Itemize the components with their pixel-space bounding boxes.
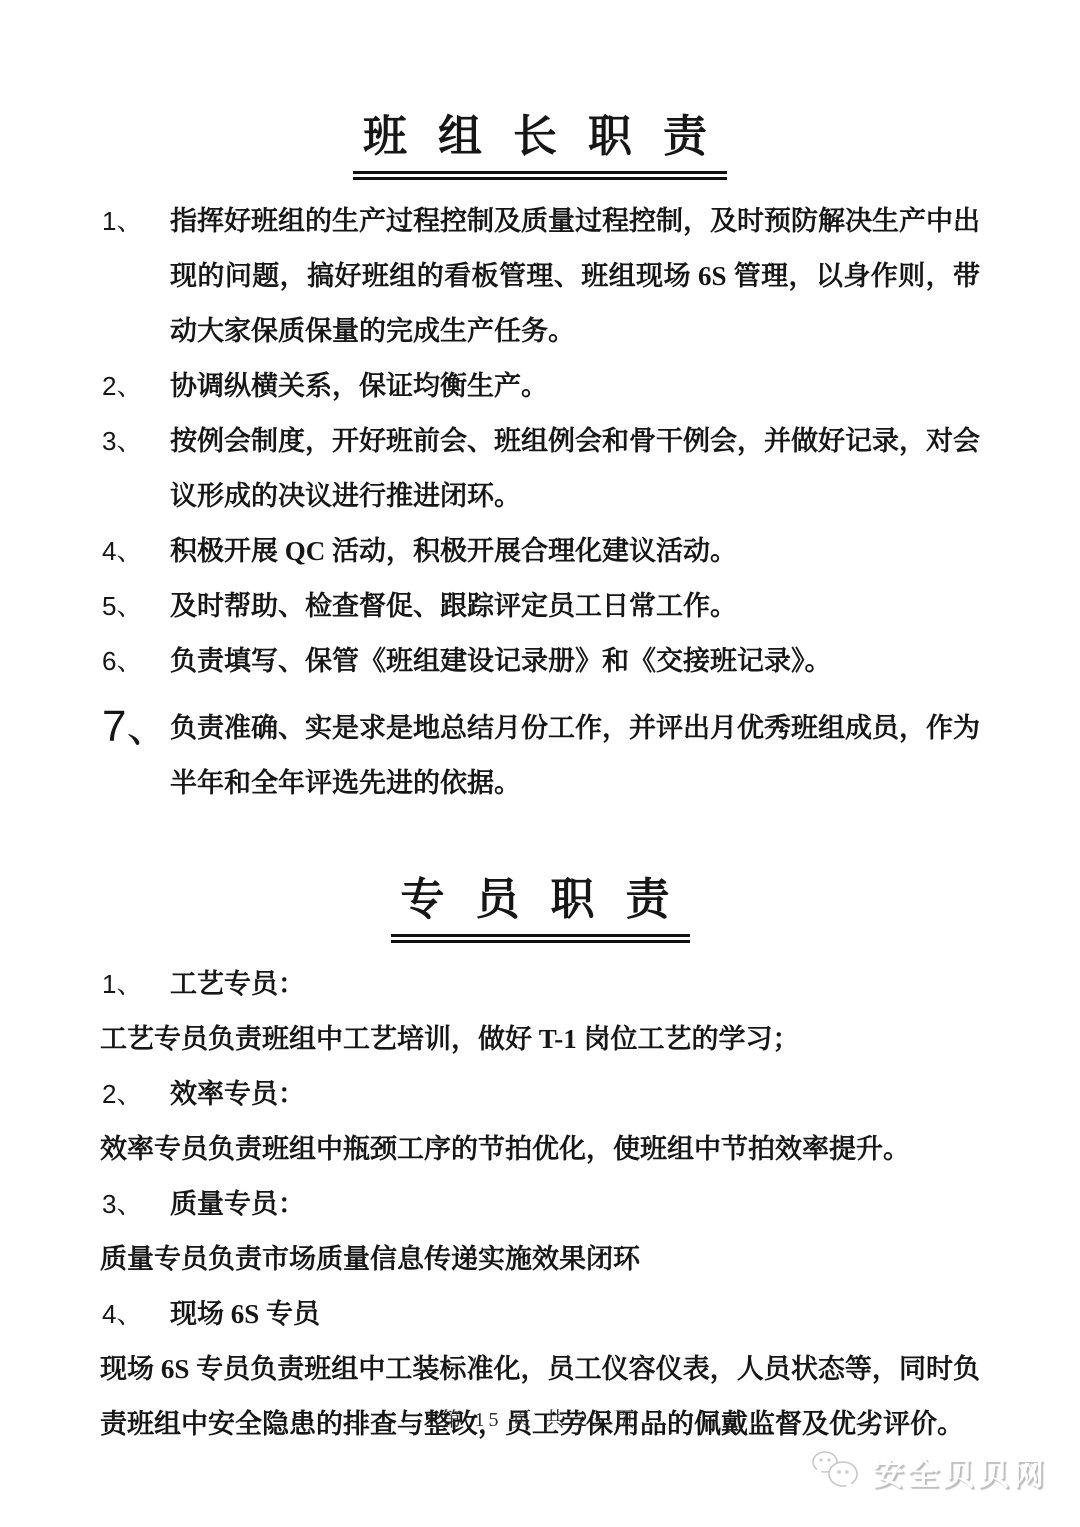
list-item: 3、 质量专员：: [100, 1177, 980, 1232]
list-item: 4、 现场 6S 专员: [100, 1287, 980, 1342]
list-item: 3、 按例会制度，开好班前会、班组例会和骨干例会，并做好记录，对会议形成的决议进…: [100, 414, 980, 524]
list-item: 1、 工艺专员：: [100, 957, 980, 1012]
list-item-text: 负责填写、保管《班组建设记录册》和《交接班记录》。: [170, 646, 832, 676]
list-item-text: 指挥好班组的生产过程控制及质量过程控制，及时预防解决生产中出现的问题，搞好班组的…: [170, 206, 980, 346]
section-title-text: 专 员 职 责: [391, 863, 690, 943]
list-item-number: 1、: [102, 194, 142, 249]
list-item-number: 1、: [102, 957, 142, 1012]
list-item-label: 质量专员：: [170, 1189, 305, 1219]
list-item-number: 7、: [102, 699, 170, 754]
list-item: 2、 协调纵横关系，保证均衡生产。: [100, 359, 980, 414]
list-item: 1、 指挥好班组的生产过程控制及质量过程控制，及时预防解决生产中出现的问题，搞好…: [100, 194, 980, 359]
section-title-text: 班 组 长 职 责: [353, 100, 727, 180]
list-item-number: 3、: [102, 414, 142, 469]
chat-bubbles-icon: [809, 1448, 865, 1494]
list-item-number: 4、: [102, 1287, 142, 1342]
list-item-number: 5、: [102, 579, 142, 634]
list-item-number: 2、: [102, 359, 142, 414]
section-title-specialist: 专 员 职 责: [100, 863, 980, 943]
list-item-description: 质量专员负责市场质量信息传递实施效果闭环: [100, 1232, 980, 1287]
page-indicator: 第 15 页 共 23 页: [442, 1409, 639, 1431]
list-item-label: 工艺专员：: [170, 969, 305, 999]
watermark: 安全贝贝网: [809, 1448, 1048, 1494]
list-item-text: 及时帮助、检查督促、跟踪评定员工日常工作。: [170, 591, 737, 621]
section-title-team-leader: 班 组 长 职 责: [100, 100, 980, 180]
list-item-text: 积极开展 QC 活动，积极开展合理化建议活动。: [170, 536, 737, 566]
page-content: 班 组 长 职 责 1、 指挥好班组的生产过程控制及质量过程控制，及时预防解决生…: [0, 0, 1080, 1452]
list-item-text: 负责准确、实是求是地总结月份工作，并评出月优秀班组成员，作为半年和全年评选先进的…: [170, 713, 980, 798]
list-item: 7、 负责准确、实是求是地总结月份工作，并评出月优秀班组成员，作为半年和全年评选…: [100, 701, 980, 811]
document-page: 班 组 长 职 责 1、 指挥好班组的生产过程控制及质量过程控制，及时预防解决生…: [0, 0, 1080, 1527]
page-footer: 第 15 页 共 23 页: [0, 1403, 1080, 1432]
watermark-label: 安全贝贝网: [873, 1449, 1048, 1494]
list-item-description: 效率专员负责班组中瓶颈工序的节拍优化，使班组中节拍效率提升。: [100, 1122, 980, 1177]
list-item-label: 效率专员：: [170, 1079, 305, 1109]
list-item-label: 现场 6S 专员: [170, 1299, 320, 1329]
list-item-number: 6、: [102, 634, 142, 689]
list-item-description: 现场 6S 专员负责班组中工装标准化，员工仪容仪表，人员状态等，同时负责班组中安…: [100, 1342, 980, 1452]
list-item-number: 4、: [102, 524, 142, 579]
list-item: 4、 积极开展 QC 活动，积极开展合理化建议活动。: [100, 524, 980, 579]
list-item: 5、 及时帮助、检查督促、跟踪评定员工日常工作。: [100, 579, 980, 634]
list-item-number: 2、: [102, 1067, 142, 1122]
list-item: 2、 效率专员：: [100, 1067, 980, 1122]
list-item-number: 3、: [102, 1177, 142, 1232]
list-item-text: 协调纵横关系，保证均衡生产。: [170, 371, 548, 401]
list-item: 6、 负责填写、保管《班组建设记录册》和《交接班记录》。: [100, 634, 980, 689]
list-item-text: 按例会制度，开好班前会、班组例会和骨干例会，并做好记录，对会议形成的决议进行推进…: [170, 426, 980, 511]
section-specialist: 专 员 职 责 1、 工艺专员： 工艺专员负责班组中工艺培训，做好 T-1 岗位…: [100, 863, 980, 1452]
list-item-description: 工艺专员负责班组中工艺培训，做好 T-1 岗位工艺的学习；: [100, 1012, 980, 1067]
